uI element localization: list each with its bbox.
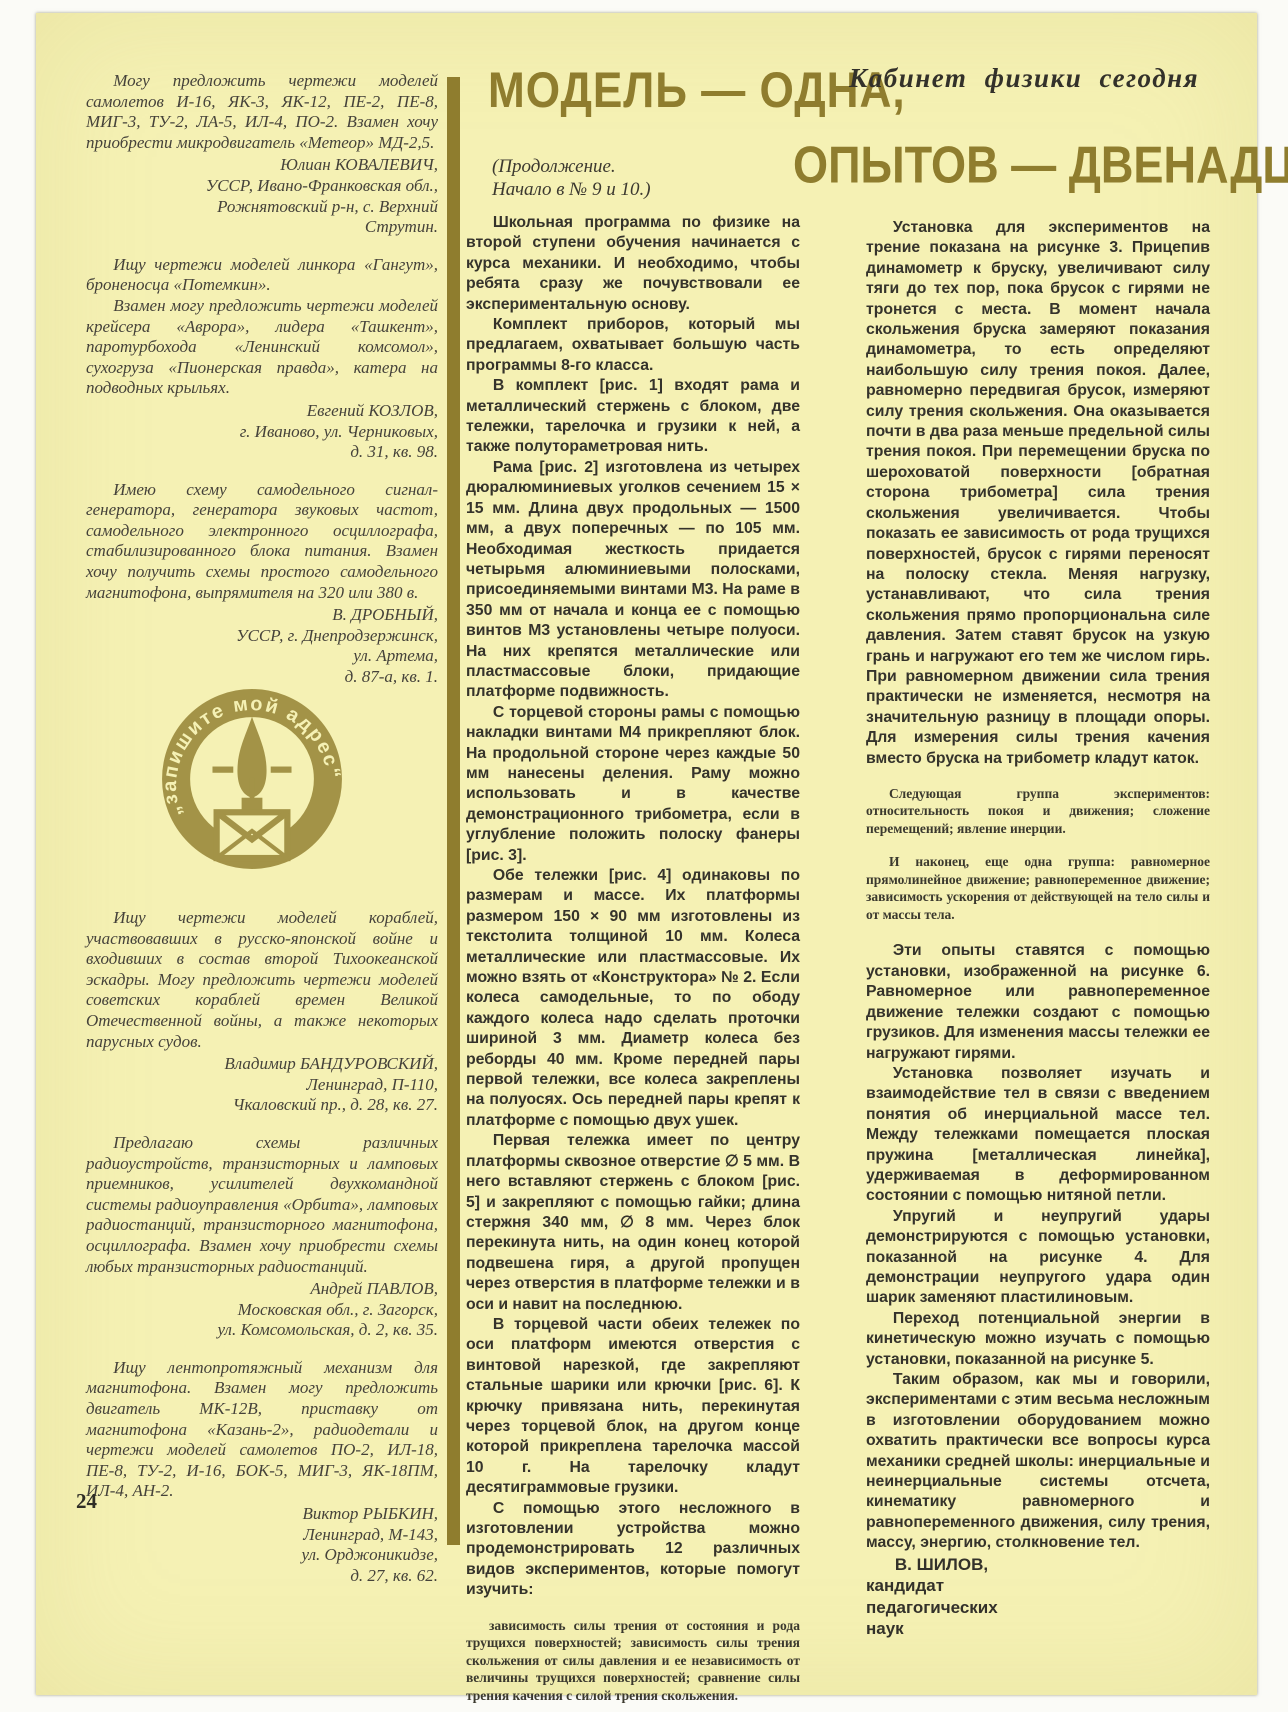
paragraph: Установка для экспериментов на трение по… — [866, 218, 1210, 769]
ad-text: Взамен могу предложить чертежи моделей к… — [86, 296, 438, 399]
paragraph: С помощью этого несложного в изготовлени… — [466, 1499, 800, 1601]
scanned-magazine-page: Могу предложить чертежи моделей самолето… — [0, 0, 1288, 1712]
article-title-line1: МОДЕЛЬ — ОДНА, — [488, 65, 834, 115]
rubric-header: Кабинет физики сегодня — [849, 65, 1199, 92]
paragraph: Рама [рис. 2] изготовлена из четырех дюр… — [466, 458, 800, 703]
ad-text: Ищу лентопротяжный механизм для магнитоф… — [86, 1358, 438, 1502]
paragraph: Школьная программа по физике на второй с… — [466, 213, 800, 315]
paragraph: В комплект [рис. 1] входят рама и металл… — [466, 376, 800, 458]
paragraph: Первая тележка имеет по центру платформы… — [466, 1131, 800, 1315]
classified-ad: Ищу чертежи моделей кораблей, участвовав… — [86, 908, 438, 1116]
paragraph: В торцевой части обеих тележек по оси пл… — [466, 1315, 800, 1499]
paragraph: Обе тележки [рис. 4] одинаковы по размер… — [466, 866, 800, 1131]
classified-ad: Ищу лентопротяжный механизм для магнитоф… — [86, 1358, 438, 1587]
classified-ads-column-upper: Могу предложить чертежи моделей самолето… — [86, 71, 438, 705]
ad-text: Ищу чертежи моделей линкора «Гангут», бр… — [86, 255, 438, 296]
article-right-column: Установка для экспериментов на трение по… — [866, 218, 1210, 1640]
ad-text: Имею схему самодельного сигнал-генератор… — [86, 480, 438, 604]
envelope-icon — [217, 812, 288, 858]
paragraph: С торцевой стороны рамы с помощью наклад… — [466, 703, 800, 866]
classified-ad: Ищу чертежи моделей линкора «Гангут», бр… — [86, 255, 438, 463]
classified-ad: Могу предложить чертежи моделей самолето… — [86, 71, 438, 238]
classified-ads-column-lower: Ищу чертежи моделей кораблей, участвовав… — [86, 908, 438, 1603]
classified-ad: Имею схему самодельного сигнал-генератор… — [86, 480, 438, 688]
continuation-note: (Продолжение. Начало в № 9 и 10.) — [492, 155, 651, 201]
ad-text: Предлагаю схемы различных радиоустройств… — [86, 1133, 438, 1277]
experiments-list-small-text: зависимость силы трения от состояния и р… — [466, 1617, 800, 1705]
ad-text: Могу предложить чертежи моделей самолето… — [86, 71, 438, 153]
paragraph: Упругий и неупругий удары демонстрируютс… — [866, 1207, 1210, 1309]
ad-signature: Андрей ПАВЛОВ, Московская обл., г. Загор… — [86, 1279, 438, 1341]
paragraph: Комплект приборов, который мы предлагаем… — [466, 315, 800, 376]
classified-ad: Предлагаю схемы различных радиоустройств… — [86, 1133, 438, 1341]
ad-signature: Владимир БАНДУРОВСКИЙ, Ленинград, П-110,… — [86, 1054, 438, 1116]
author-signature: В. ШИЛОВ, кандидат педагогических наук — [866, 1554, 1210, 1640]
small-note: И наконец, еще одна группа: равномерное … — [866, 853, 1210, 923]
page-number: 24 — [76, 1491, 97, 1512]
paragraph: Переход потенциальной энергии в кинетиче… — [866, 1309, 1210, 1370]
paragraph: Установка позволяет изучать и взаимодейс… — [866, 1064, 1210, 1207]
ad-text: Ищу чертежи моделей кораблей, участвовав… — [86, 908, 438, 1052]
page-sheet: Могу предложить чертежи моделей самолето… — [36, 13, 1257, 1695]
paragraph: Таким образом, как мы и говорили, экспер… — [866, 1370, 1210, 1554]
article-body-column: Школьная программа по физике на второй с… — [466, 213, 800, 1704]
article-accent-bar — [447, 77, 460, 1545]
paragraph: Эти опыты ставятся с помощью установки, … — [866, 941, 1210, 1063]
address-stamp: „запишите мой адрес“ — [148, 673, 356, 885]
article-title-line2: ОПЫТОВ — ДВЕНАДЦАТЬ — [793, 139, 1288, 191]
ad-signature: Евгений КОЗЛОВ, г. Иваново, ул. Черников… — [86, 401, 438, 463]
small-note: Следующая группа экспериментов: относите… — [866, 785, 1210, 838]
ad-signature: Юлиан КОВАЛЕВИЧ, УССР, Ивано-Франковская… — [86, 155, 438, 237]
ad-signature: Виктор РЫБКИН, Ленинград, М-143, ул. Орд… — [86, 1504, 438, 1586]
